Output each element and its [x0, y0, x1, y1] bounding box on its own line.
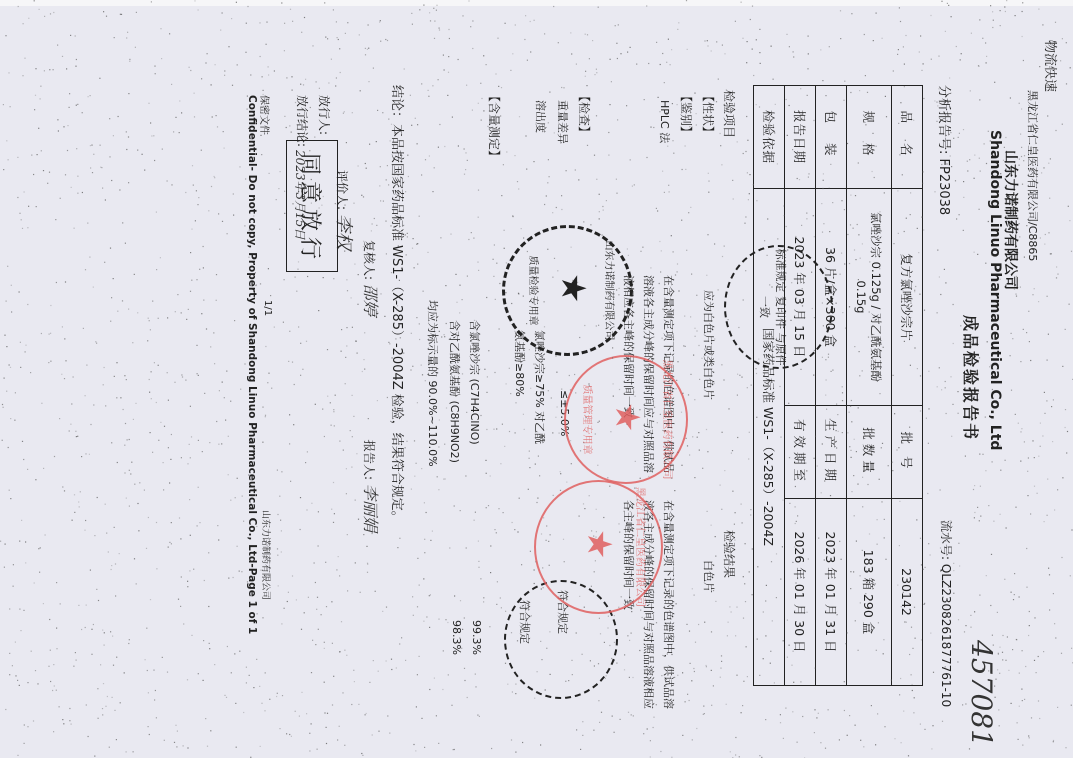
weight-variation-label: 重量差异 [555, 100, 571, 144]
label-production-date: 生产日期 [816, 406, 847, 499]
logistics-note: 物流快速 [1042, 40, 1061, 92]
label-expiry-date: 有效期至 [785, 406, 816, 499]
value-batch-no: 230142 [892, 499, 923, 686]
label-batch-no: 批 号 [892, 406, 923, 499]
label-product-name: 品 名 [892, 86, 923, 189]
table-row: 检验依据 国家药品标准 WS1-（X-285）-2004Z [754, 86, 785, 686]
company-name-en: Shandong Linuo Pharmaceutical Co., Ltd [987, 130, 1003, 450]
section-inspection: 【检查】 [576, 90, 593, 138]
table-row: 品 名 复方氯唑沙宗片 批 号 230142 [892, 86, 923, 686]
reviewer: 复核人: 邵婷 [360, 240, 383, 316]
col-test-result: 检验结果 [721, 530, 738, 578]
footer-company: 山东力诺制药有限公司 [260, 510, 273, 600]
conclusion-text: 结论：本品按国家药品标准 WS1-（X-285）-2004Z 检验，结果符合规定… [389, 85, 408, 524]
label-batch-qty: 批数量 [847, 406, 892, 499]
identification-method: HPLC 法 [657, 100, 673, 143]
product-info-table: 品 名 复方氯唑沙宗片 批 号 230142 规 格 氯唑沙宗 0.125g /… [753, 85, 923, 686]
page-number: 1/1 [262, 300, 273, 316]
table-row: 包 装 36 片/盒×300 盒 生产日期 2023 年 01 月 31 日 [816, 86, 847, 686]
serial-number-label: 流水号: [939, 520, 953, 560]
red-stamp-1-subtext: 质量管理专用章 [581, 357, 596, 482]
value-expiry-date: 2026 年 01 月 30 日 [785, 499, 816, 686]
release-person-label: 放行人: [316, 95, 333, 135]
appearance-standard: 应为白色片或类白色片 [701, 290, 717, 400]
section-assay: 【含量测定】 [486, 90, 503, 162]
appearance-result: 白色片 [701, 560, 717, 593]
dissolution-label: 溶出度 [533, 100, 549, 133]
table-row: 报告日期 2023 年 03 月 15 日 有效期至 2026 年 01 月 3… [785, 86, 816, 686]
serial-number: 流水号: QLZ2308261877761-10 [938, 520, 955, 707]
company-name-cn: 山东力诺制药有限公司 [1001, 150, 1021, 290]
value-spec: 氯唑沙宗 0.125g / 对乙酰氨基酚 0.15g [847, 189, 892, 406]
label-spec: 规 格 [847, 86, 892, 189]
serial-number-value: QLZ2308261877761-10 [939, 564, 953, 707]
value-production-date: 2023 年 01 月 31 日 [816, 499, 847, 686]
assay-result-1: 99.3% [470, 620, 483, 655]
red-quality-stamp-2: ★ 黑龙江省仁皇医药有限公司 [534, 480, 663, 614]
star-icon: ★ [556, 273, 590, 303]
star-icon: ★ [582, 529, 616, 559]
rotated-report-page: 物流快速 黑龙江省仁皇医药有限公司/C8865 山东力诺制药有限公司 Shand… [0, 0, 1073, 758]
confidential-cn: 保密文件 [258, 95, 273, 135]
assay-standard-2: 含对乙酰氨基酚 (C8H9NO2) [447, 320, 463, 463]
report-title: 成品检验报告书 [960, 315, 983, 441]
label-package: 包 装 [816, 86, 847, 189]
reviewer-label: 复核人: [362, 240, 376, 280]
red-stamp-1-text: 黑龙江省仁皇医药有限公司 [661, 357, 676, 482]
report-number: 分析报告号: FP23038 [936, 85, 955, 215]
company-quality-stamp: ★ 山东力诺制药有限公司 质量检验专用章 [502, 225, 633, 356]
col-test-item: 检验项目 [721, 90, 738, 138]
section-identification: 【鉴别】 [678, 90, 695, 138]
black-stamp-text: 山东力诺制药有限公司 [603, 228, 618, 353]
reporter: 报告人: 李丽娟 [360, 440, 383, 532]
reviewer-signature: 邵婷 [361, 284, 380, 316]
report-number-label: 分析报告号: [936, 85, 951, 154]
report-number-value: FP23038 [936, 159, 951, 216]
section-appearance: 【性状】 [700, 90, 717, 138]
assay-standard-3: 均应为标示量的 90.0%~110.0% [425, 300, 441, 467]
copy-stamp: 标准规定 复印件 与原件一致 [724, 245, 833, 369]
assay-standard-1: 含氯唑沙宗 (C7H4ClNO) [467, 320, 483, 445]
reporter-signature: 李丽娟 [361, 484, 380, 532]
star-icon: ★ [610, 402, 644, 432]
copy-stamp-text: 标准规定 复印件 与原件一致 [757, 247, 789, 367]
red-stamp-2-text: 黑龙江省仁皇医药有限公司 [634, 482, 649, 612]
label-test-basis: 检验依据 [754, 86, 785, 189]
table-row: 规 格 氯唑沙宗 0.125g / 对乙酰氨基酚 0.15g 批数量 183 箱… [847, 86, 892, 686]
release-date: 2023年3月15日 [292, 150, 309, 239]
black-stamp-subtext: 质量检验专用章 [527, 228, 542, 353]
label-report-date: 报告日期 [785, 86, 816, 189]
confidential-en: Confidential- Do not copy, Property of S… [246, 95, 258, 634]
handwritten-number: 457081 [965, 640, 998, 747]
reporter-label: 报告人: [362, 440, 376, 480]
value-product-name: 复方氯唑沙宗片 [892, 189, 923, 406]
assay-result-2: 98.3% [450, 620, 463, 655]
red-quality-stamp-1: ★ 黑龙江省仁皇医药有限公司 质量管理专用章 [564, 355, 688, 484]
recipient-company: 黑龙江省仁皇医药有限公司/C8865 [1025, 90, 1041, 261]
value-batch-qty: 183 箱 290 盒 [847, 499, 892, 686]
